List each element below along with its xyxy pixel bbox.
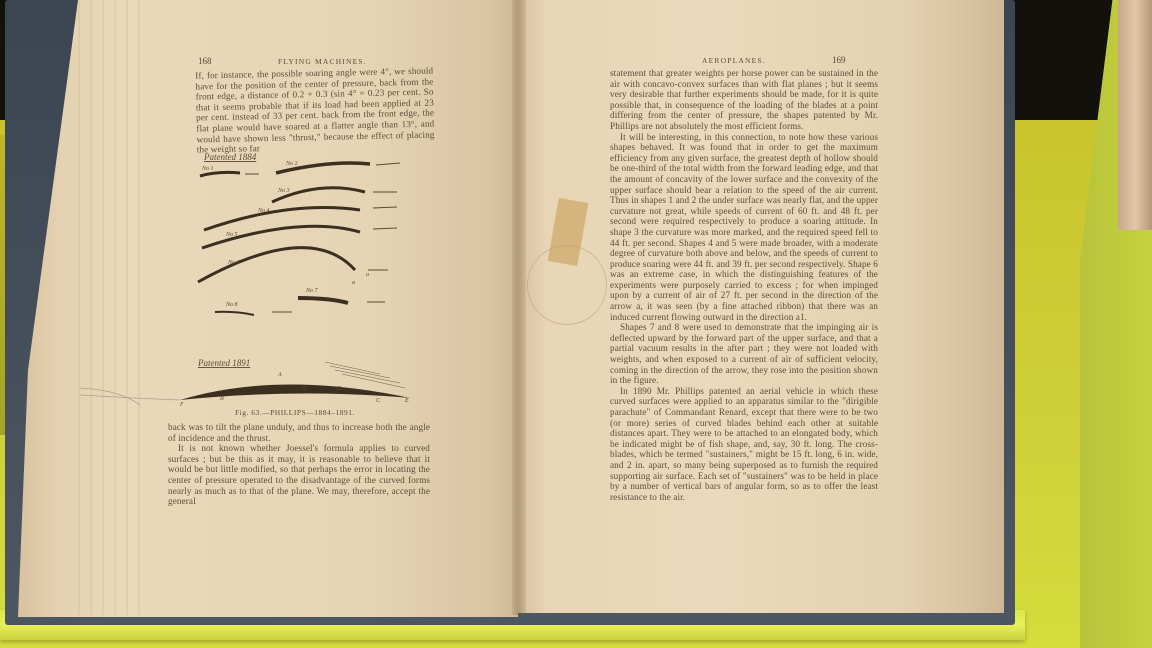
left-bottom-text-1: back was to tilt the plane unduly, and t… [168, 422, 430, 443]
page-edge-stack [78, 0, 148, 615]
shape-label-6: No 6 [227, 260, 240, 266]
shape-label-7: No 7 [305, 288, 319, 294]
adjacent-book-edge [1118, 0, 1152, 230]
left-page-number: 168 [198, 56, 212, 66]
figure-title-1884: Patented 1884 [203, 152, 257, 162]
right-paragraph-1: statement that greater weights per horse… [610, 68, 878, 131]
left-bottom-text-2: It is not known whether Joessel's formul… [168, 443, 430, 507]
right-paragraph-4: In 1890 Mr. Phillips patented an aerial … [610, 386, 878, 503]
left-bottom-paragraph: back was to tilt the plane unduly, and t… [168, 422, 430, 507]
left-running-head: FLYING MACHINES. [278, 57, 367, 66]
shape-label-1: No 1 [201, 166, 214, 172]
shape-label-8: No 8 [225, 302, 238, 308]
stain-ring [527, 245, 607, 325]
right-page-number: 169 [832, 55, 846, 65]
point-label-A: A [277, 372, 282, 378]
shape-label-2: No 2 [285, 161, 298, 167]
shape-label-3: No 3 [277, 188, 290, 194]
shape-label-4: No 4 [257, 207, 270, 214]
book-gutter [512, 0, 526, 615]
right-paragraph-2: It will be interesting, in this connecti… [610, 132, 878, 323]
point-label-G: G [302, 386, 307, 392]
figure-title-1891: Patented 1891 [197, 358, 250, 368]
point-label-C: C [376, 398, 381, 404]
point-label-D: D [336, 386, 342, 392]
airfoil-figure-1884: Patented 1884 No 1 No 2 No 3 No 4 No 5 N… [190, 140, 430, 330]
shape-label-5: No 5 [225, 232, 238, 238]
figure-caption: Fig. 63.—PHILLIPS—1884–1891. [235, 408, 355, 417]
point-label-F: F [179, 402, 184, 408]
arrow-label-a1: a [366, 272, 369, 278]
right-page-text: statement that greater weights per horse… [610, 68, 878, 502]
point-label-B: B [220, 396, 224, 402]
arrow-label-a: a [352, 280, 355, 286]
right-paragraph-3: Shapes 7 and 8 were used to demonstrate … [610, 322, 878, 386]
point-label-E: E [404, 398, 409, 404]
right-running-head: AEROPLANES. [702, 56, 766, 65]
